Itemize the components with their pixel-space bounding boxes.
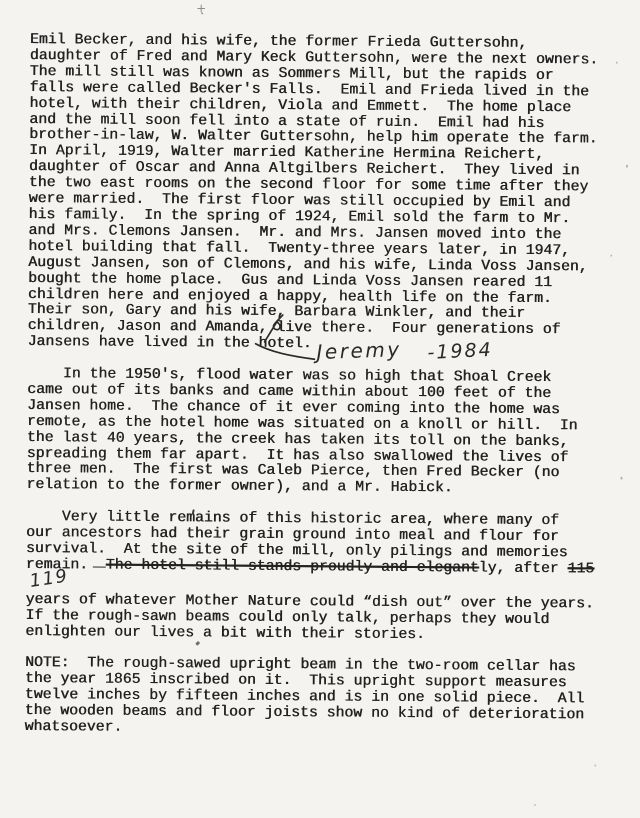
paragraph-flood-history: In the 1950's, flood water was so high t… <box>26 367 627 499</box>
paragraph-remains-end: years of whatever Mother Nature could “d… <box>25 576 594 643</box>
scan-speck <box>594 764 596 766</box>
scan-speck <box>610 255 612 257</box>
paragraph-becker-history: Emil Becker, and his wife, the former Fr… <box>28 33 630 356</box>
paragraph-remains: Very little remains of this historic are… <box>25 510 626 645</box>
scan-speck <box>621 477 623 480</box>
handwritten-inserted-name: Jeremy <box>316 337 402 364</box>
scanned-page: + Emil Becker, and his wife, the former … <box>0 0 640 818</box>
scan-speck <box>534 804 536 806</box>
scan-artifact-mark-icon: + <box>196 1 206 15</box>
handwritten-year-note: -1984 <box>427 339 493 364</box>
handwritten-corrected-number: 119 <box>29 568 70 590</box>
paragraph-note: NOTE: The rough-sawed upright beam in th… <box>24 656 625 740</box>
struck-out-text: The hotel still stands proudly and elega… <box>106 557 479 576</box>
scan-speck <box>616 62 618 64</box>
scan-speck <box>74 374 76 376</box>
document-body: Emil Becker, and his wife, the former Fr… <box>24 33 630 741</box>
paragraph-remains-middle: ly, after <box>479 560 568 577</box>
scan-speck <box>626 165 628 168</box>
struck-out-number: 115 <box>567 561 594 577</box>
